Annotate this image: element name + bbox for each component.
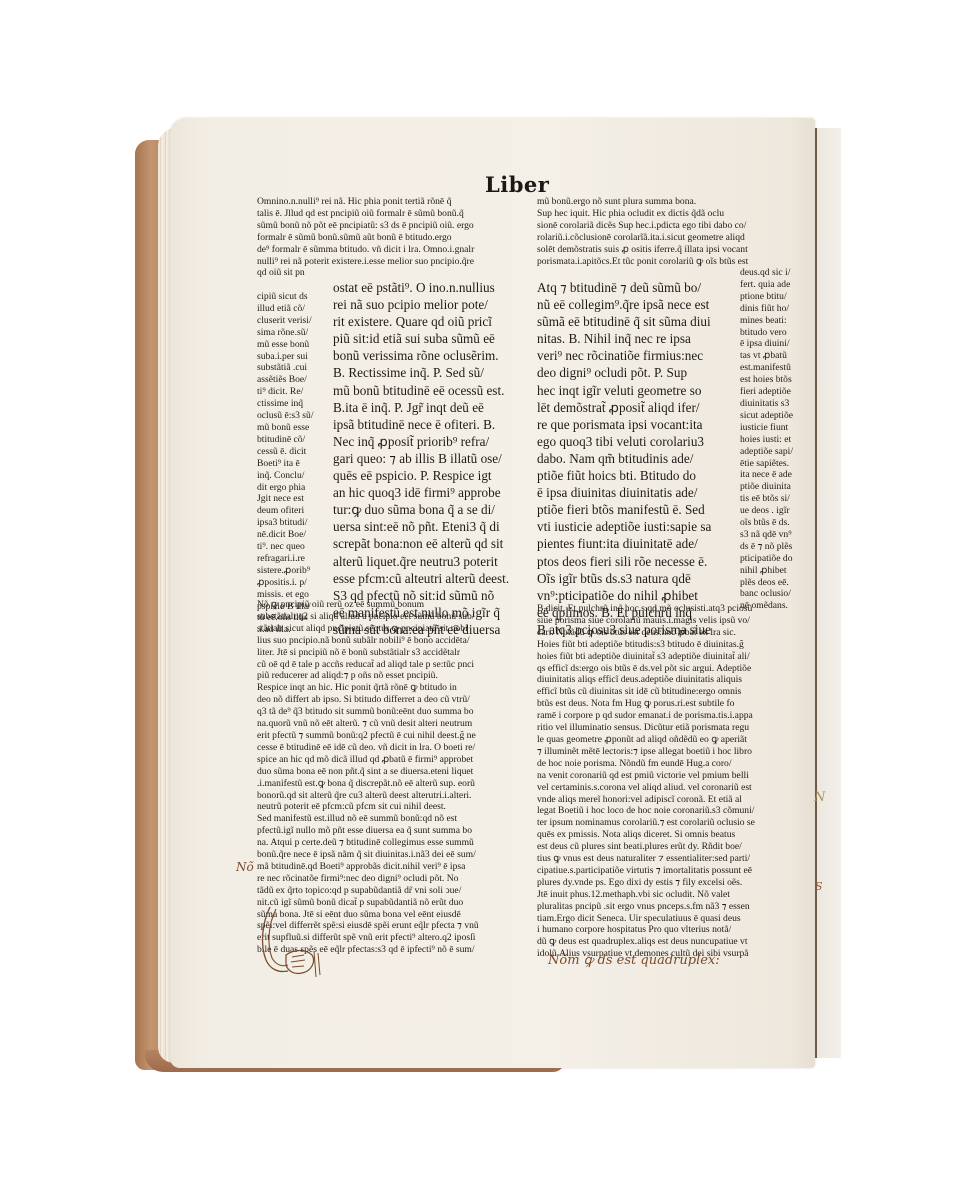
text-line: ptione btitu/ <box>740 291 812 303</box>
text-line: Sup hec iquit. Hic phia ocludit ex dicti… <box>537 208 809 220</box>
right-bottom-commentary: B.dicit. Et pulchrũ inq̃ hoc.s.qd mõ ocl… <box>537 603 809 960</box>
text-line: sima rõne.sũ/ <box>257 327 325 339</box>
text-line: mũ esse bonũ <box>257 339 325 351</box>
text-line: pientes fiunt:ita diuinitatē ade/ <box>537 535 737 552</box>
text-line: suba.i.per sui <box>257 351 325 363</box>
text-line: siue porisma siue corolariũ mauis.i.magi… <box>537 615 809 627</box>
text-line: screpãt bona:non eē alterũ qd sit <box>333 535 533 552</box>
text-line: Atq ⁊ btitudinē ⁊ deũ sũmũ bo/ <box>537 279 737 296</box>
text-line: sicut adeptiõe <box>740 410 812 422</box>
text-line: nũ eē collegim⁹.q̃re ipsã nece est <box>537 296 737 313</box>
text-line: inq̃. Conclu/ <box>257 470 325 482</box>
text-line: ds ē ⁊ nõ plẽs <box>740 541 812 553</box>
text-line: Boeti⁹ ita ē <box>257 458 325 470</box>
text-line: na. Atqui p certe.deũ ⁊ btitudinē colleg… <box>257 837 529 849</box>
left-top-commentary: Omnino.n.nulli⁹ rei nã. Hic phia ponit t… <box>257 196 529 279</box>
text-line: mũ bonũ esse <box>257 422 325 434</box>
text-line: btitudo vero <box>740 327 812 339</box>
text-line: erit pfectũ ⁊ summũ bonũ:q2 pfectũ ē cui… <box>257 730 529 742</box>
text-line: ritio vel illuminatio sensus. Dicũtur et… <box>537 722 809 734</box>
running-head: Liber <box>485 172 549 197</box>
text-line: bonũ verissima rõne oclusẽrim. <box>333 347 533 364</box>
text-line: alterũ liquet.q̃re neutru3 poterit <box>333 553 533 570</box>
margin-note-left: Nõ <box>236 860 254 874</box>
text-line: est hoies btõs <box>740 374 812 386</box>
text-line: ita nece ē ade <box>740 469 812 481</box>
text-line: cari. Notãdũ ꝙ ois btũs est deus:hoc ꝓba… <box>537 627 809 639</box>
text-line: formalr ē sũmũ bonũ.sũmũ aũt bonũ ē btit… <box>257 232 529 244</box>
text-line: vel certaminis.s.corona vel aliqd aliud.… <box>537 782 809 794</box>
text-line: sũmã eē btitudinē q̃ sit sũma diui <box>537 313 737 330</box>
margin-note-right-1: N <box>814 790 825 805</box>
text-line: esse pfcm:cũ alteutri alterũ deest. <box>333 570 533 587</box>
text-line: fert. quia ade <box>740 279 812 291</box>
text-line: nitas. B. Nihil inq̃ nec re ipsa <box>537 330 737 347</box>
text-line: i humano corpore hospitatus Pro quo vlte… <box>537 924 809 936</box>
text-line: ramē i corpore p qd sudor emanat.i de po… <box>537 710 809 722</box>
text-line: ē ipsa diuini/ <box>740 338 812 350</box>
text-line: substãtialr.q2 si aliqd aliud a pncipio … <box>257 611 529 623</box>
text-line: piũ reducerer ad aliqd:⁊ p oñs nõ esset … <box>257 670 529 682</box>
text-line: lēt demõstrat̃ ꝓposit̃ aliqd ifer/ <box>537 399 737 416</box>
text-line: duo sũma bona eē non pñt.q̃ sint a se di… <box>257 766 529 778</box>
text-line: btũs est deus. Nota fm Hug ꝙ porus.ri.es… <box>537 698 809 710</box>
text-line: qd oiũ sit pn <box>257 267 529 279</box>
text-line: re que porismata ipsi vocant:ita <box>537 416 737 433</box>
text-line: Sed manifestũ est.illud nõ eē summũ bonũ… <box>257 813 529 825</box>
text-line: assẽtiẽs Boe/ <box>257 374 325 386</box>
text-line: Oĩs igĩr btũs ds.s3 natura qdē <box>537 570 737 587</box>
text-line: sũmũ bonũ nõ põt eē pncipiatũ: s3 ds ē p… <box>257 220 529 232</box>
left-side-gloss: cipiũ sicut dsillud etiã cõ/cluserit ver… <box>257 291 325 636</box>
text-line: ue deos . igĩr <box>740 505 812 517</box>
text-line: cũ oē qd ē tale p accñs reducat̃ ad aliq… <box>257 659 529 671</box>
text-line: btitudinē cõ/ <box>257 434 325 446</box>
text-line: piũ sit:id etiã sui suba sũmũ eē <box>333 330 533 347</box>
text-line: sionē corolariã dicẽs Sup hec.i.pdicta e… <box>537 220 809 232</box>
text-line: q3 tã de⁹ q̃3 btitudo sit summũ bonũ:eēn… <box>257 706 529 718</box>
text-line: iusticie fiunt <box>740 422 812 434</box>
text-line: ti⁹ dicit. Re/ <box>257 386 325 398</box>
margin-note-right-2: S <box>815 880 823 893</box>
text-line: dinis fiũt ho/ <box>740 303 812 315</box>
text-line: quēs ex pmissis. Nota aliqs diceret. Si … <box>537 829 809 841</box>
facing-page-edge <box>815 128 841 1058</box>
text-line: mũ bonũ btitudinē eē ocessũ est. <box>333 382 533 399</box>
text-line: ptiõe fieri btõs manifestũ ē. Sed <box>537 501 737 518</box>
text-line: lius suo pncipio.nã bonũ subãlr nobili⁹ … <box>257 635 529 647</box>
text-line: dabo. Nam qm̃ btitudinis ade/ <box>537 450 737 467</box>
text-line: vnde aliqs mereĩ honori:vel adipiscĩ cor… <box>537 794 809 806</box>
text-line: bonũ.q̃re nece ē ipsã nãm q̃ sit diuinit… <box>257 849 529 861</box>
text-line: legat Boetiũ i hoc loco de hoc noie coro… <box>537 805 809 817</box>
text-line: ptiõe diuinita <box>740 481 812 493</box>
text-line: nē.dicit Boe/ <box>257 529 325 541</box>
text-line: cessũ ē. dicit <box>257 446 325 458</box>
text-line: plẽs deos eē. <box>740 577 812 589</box>
text-line: uersa sint:eē nõ pñt. Eteni3 q̃ di <box>333 518 533 535</box>
text-line: diuinitatis aliqs efficĩ deus.adeptiõe d… <box>537 674 809 686</box>
text-line: ptiõe fiũt hoics bti. Btitudo do <box>537 467 737 484</box>
text-line: B.ita ē inq̃. P. Jgr̃ inqt deũ eē <box>333 399 533 416</box>
text-line: Hoies fiũt bti adeptiõe btitudis:s3 btit… <box>537 639 809 651</box>
text-line: na venit coronariũ qd est pmiũ victorie … <box>537 770 809 782</box>
right-main-text: Atq ⁊ btitudinē ⁊ deũ sũmũ bo/nũ eē coll… <box>537 279 737 638</box>
text-line: deum ofiteri <box>257 505 325 517</box>
text-line: cluserit verisi/ <box>257 315 325 327</box>
text-line: rit existere. Quare qd oiũ pricĩ <box>333 313 533 330</box>
text-line: ctissime inq̃ <box>257 398 325 410</box>
text-line: .i.manifestũ est.ꝙ bona q̃ discrepãt.nõ … <box>257 778 529 790</box>
text-line: dũ ꝙ deus est quadruplex.aliqs est deus … <box>537 936 809 948</box>
right-top-commentary: mũ bonũ.ergo nõ sunt plura summa bona.Su… <box>537 196 809 267</box>
text-line: Jgit nece est <box>257 493 325 505</box>
text-line: mũ bonũ.ergo nõ sunt plura summa bona. <box>537 196 809 208</box>
text-line: cesse ē btitudinē eē idē cũ deo. vñ dici… <box>257 742 529 754</box>
text-line: diuinitatis s3 <box>740 398 812 410</box>
text-line: fieri adeptiõe <box>740 386 812 398</box>
text-line: illud etiã cõ/ <box>257 303 325 315</box>
text-line: ꝓpositis.i. p/ <box>257 577 325 589</box>
text-line: cipatiue.s.participatiõe virtutis ⁊ imor… <box>537 865 809 877</box>
text-line: an hic quoq3 idē firmi⁹ approbe <box>333 484 533 501</box>
text-line: ego quoq3 tibi veluti corolariu3 <box>537 433 737 450</box>
text-line: qs efficĩ ds:ergo ois btũs ē ds.vel põt … <box>537 663 809 675</box>
text-line: bonorũ.qd sit alterũ q̃re cu3 alterũ dee… <box>257 790 529 802</box>
text-line: veri⁹ nec rõcinatiõe firmius:nec <box>537 347 737 364</box>
text-line: s3 nã qdē vn⁹ <box>740 529 812 541</box>
text-line: pluralitas pncipũ .sit ergo vnus pnceps.… <box>537 901 809 913</box>
text-line: tis eē btõs si/ <box>740 493 812 505</box>
text-line: B. Rectissime inq̃. P. Sed sũ/ <box>333 364 533 381</box>
text-line: Respice inqt an hic. Hic ponit q̃rtã rõn… <box>257 682 529 694</box>
text-line: le quas geometre ꝓponũt ad aliqd oñdẽdũ … <box>537 734 809 746</box>
text-line: dit ergo phia <box>257 482 325 494</box>
text-line: efficĩ btũs cũ diuinitas sit idē cũ btit… <box>537 686 809 698</box>
text-line: Nec inq̃ ꝓposit̃ priorib⁹ refra/ <box>333 433 533 450</box>
text-line: tiam.Ergo dicit Seneca. Uir speculatiuus… <box>537 913 809 925</box>
text-line: de hoc noie porisma. Nõndũ fm eundē Hug.… <box>537 758 809 770</box>
text-line: est.manifestũ <box>740 362 812 374</box>
text-line: rei nã suo pcipio melior pote/ <box>333 296 533 313</box>
text-line: hoies iusti: et <box>740 434 812 446</box>
text-line: adeptiõe sapi/ <box>740 446 812 458</box>
text-line: oĩs btũs ē ds. <box>740 517 812 529</box>
text-line: porismata.i.apitõcs.Et tũc ponit corolar… <box>537 256 809 268</box>
manicule-pointing-hand-icon <box>258 905 328 980</box>
text-line: talis ē. Jllud qd est pncipiũ oiũ formal… <box>257 208 529 220</box>
text-line: re nec rõcinatõe firmi⁹:nec deo digni⁹ o… <box>257 873 529 885</box>
text-line: nihil ꝓhibet <box>740 565 812 577</box>
text-line: est deus cũ plures sint beati.plures erũ… <box>537 841 809 853</box>
text-line: stãtialr sicut aliqd pncipiatũ.seqtur ꝙ … <box>257 623 529 635</box>
text-line: pfectũ.igĩ nullo mõ pñt esse diuersa ea … <box>257 825 529 837</box>
text-line: neutrũ poterit eē pfcm:cũ pfcm sit cui n… <box>257 801 529 813</box>
text-line: deo nõ differt ab ipso. Si btitudo diffe… <box>257 694 529 706</box>
text-line: ⁊ illuminẽt mẽtē lectoris:⁊ ipse allegat… <box>537 746 809 758</box>
text-line: ptos deos fieri sili rõe necesse ē. <box>537 553 737 570</box>
text-line: ipsa3 btitudi/ <box>257 517 325 529</box>
text-line: ētie sapiẽtes. <box>740 458 812 470</box>
text-line: vn⁹:pticipatiõe do nihil ꝓhibet <box>537 587 737 604</box>
text-line: hoies fiũt bti adeptiõe diuinitat̃ s3 ad… <box>537 651 809 663</box>
left-bottom-commentary: Nõ ꝙ pncipiũ oiũ rerũ oz eē summũ bonums… <box>257 599 529 956</box>
right-side-gloss: deus.qd sic i/fert. quia adeptione btitu… <box>740 267 812 612</box>
text-line: sistere.ꝓorib⁹ <box>257 565 325 577</box>
text-line: cipiũ sicut ds <box>257 291 325 303</box>
text-line: Omnino.n.nulli⁹ rei nã. Hic phia ponit t… <box>257 196 529 208</box>
text-line: tãdũ ex q̃rto topico:qd p supabũdantiã d… <box>257 885 529 897</box>
text-line: ter ipsum nominamus corolariũ.⁊ est coro… <box>537 817 809 829</box>
left-main-text: ostat eē pstãti⁹. O ino.n.nulliusrei nã … <box>333 279 533 638</box>
text-line: banc oclusio/ <box>740 588 812 600</box>
text-line: ipsã btitudinē nece ē ofiteri. B. <box>333 416 533 433</box>
text-line: deus.qd sic i/ <box>740 267 812 279</box>
bottom-manuscript-note: Nõm ꝙ ds est quadruplex: <box>548 950 720 968</box>
text-line: nulli⁹ rei nã poterit existere.i.esse me… <box>257 256 529 268</box>
text-line: mã btitudinē.qd Boeti⁹ approbãs dicit.ni… <box>257 861 529 873</box>
text-line: vti iusticie adeptiõe iusti:sapie sa <box>537 518 737 535</box>
text-line: hec inqt igĩr veluti geometre so <box>537 382 737 399</box>
text-line: Jtē inuit phus.12.methaph.vbi sic ocludi… <box>537 889 809 901</box>
text-line: Nõ ꝙ pncipiũ oiũ rerũ oz eē summũ bonum <box>257 599 529 611</box>
text-line: spice an hic qd mõ dicã illud qd ꝓbatũ ē… <box>257 754 529 766</box>
text-line: deo digni⁹ ocludi põt. P. Sup <box>537 364 737 381</box>
text-line: rolariũ.i.cõclusionē corolarĩã.ita.i.sic… <box>537 232 809 244</box>
text-line: ē ipsa diuinitas diuinitatis ade/ <box>537 484 737 501</box>
text-line: B.dicit. Et pulchrũ inq̃ hoc.s.qd mõ ocl… <box>537 603 809 615</box>
text-line: tas vt ꝓbatũ <box>740 350 812 362</box>
text-line: substãtiã .cui <box>257 362 325 374</box>
text-line: liter. Jtē si pncipiũ nõ ē bonũ substãti… <box>257 647 529 659</box>
text-line: refragari.i.re <box>257 553 325 565</box>
text-line: na.quorũ vnũ nõ eēt alterũ. ⁊ cũ vnũ des… <box>257 718 529 730</box>
text-line: tur:ꝙ duo sũma bona q̃ a se di/ <box>333 501 533 518</box>
text-line: gari queo: ⁊ ab illis B illatũ ose/ <box>333 450 533 467</box>
text-line: ti⁹. nec queo <box>257 541 325 553</box>
text-line: ostat eē pstãti⁹. O ino.n.nullius <box>333 279 533 296</box>
text-line: quēs eē pspicio. P. Respice igt <box>333 467 533 484</box>
text-line: oclusũ ē:s3 sũ/ <box>257 410 325 422</box>
text-line: mines beati: <box>740 315 812 327</box>
text-line: pticipatiõe do <box>740 553 812 565</box>
text-line: de⁹ formalr ē sũmma btitudo. vñ dicit i … <box>257 244 529 256</box>
text-line: tius ꝙ vnus est deus naturaliter ⁊ essen… <box>537 853 809 865</box>
text-line: plures dy.vnde ps. Ego dixi dy estis ⁊ f… <box>537 877 809 889</box>
text-line: solēt demõstratis suis ꝓ ositis iferre.q… <box>537 244 809 256</box>
